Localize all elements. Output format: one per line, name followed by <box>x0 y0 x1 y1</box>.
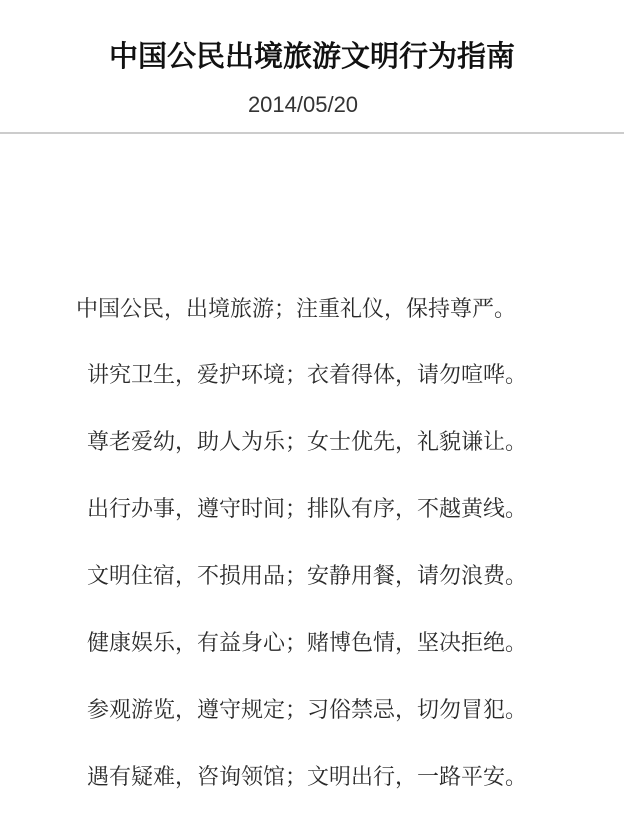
guideline-line-8: 遇有疑难，咨询领馆；文明出行，一路平安。 <box>87 763 527 793</box>
article-header: 中国公民出境旅游文明行为指南 2014/05/20 <box>0 0 624 133</box>
guideline-line-6: 健康娱乐，有益身心；赌博色情，坚决拒绝。 <box>87 629 527 659</box>
guideline-line-5: 文明住宿，不损用品；安静用餐，请勿浪费。 <box>87 562 527 592</box>
guideline-line-4: 出行办事，遵守时间；排队有序，不越黄线。 <box>87 495 527 525</box>
guideline-line-1: 中国公民，出境旅游；注重礼仪，保持尊严。 <box>76 295 516 325</box>
guideline-line-2: 讲究卫生，爱护环境；衣着得体，请勿喧哗。 <box>87 361 527 391</box>
guideline-line-3: 尊老爱幼，助人为乐；女士优先，礼貌谦让。 <box>87 428 527 458</box>
publish-date: 2014/05/20 <box>0 92 606 118</box>
guideline-line-7: 参观游览，遵守规定；习俗禁忌，切勿冒犯。 <box>87 696 527 726</box>
header-divider <box>0 132 624 134</box>
article-title: 中国公民出境旅游文明行为指南 <box>0 38 624 74</box>
